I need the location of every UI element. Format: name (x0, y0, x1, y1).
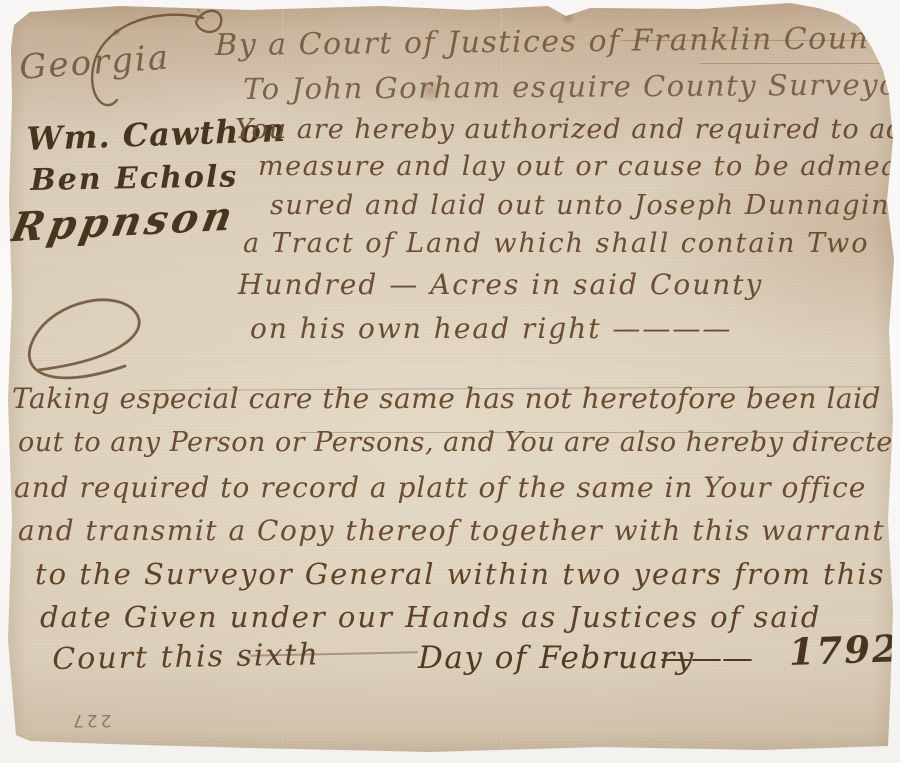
caveat-line: and required to record a platt of the sa… (14, 471, 866, 504)
warrant-line: measure and lay out or cause to be admea… (258, 151, 900, 182)
warrant-line: on his own head right ———— (250, 312, 732, 345)
fox-spot (112, 28, 121, 36)
warrant-line: a Tract of Land which shall contain Two (243, 228, 870, 259)
paragraph-oval-flourish (29, 300, 139, 378)
closing-dash: ——— (660, 640, 753, 676)
stain (560, 12, 576, 24)
caveat-line: Taking especial care the same has not he… (12, 382, 881, 415)
horizontal-fold-crease (10, 358, 890, 361)
warrant-line: Hundred — Acres in said County (238, 268, 763, 301)
state-label: Georgia (18, 37, 171, 87)
manuscript-paper: Georgia Wm. Cawthon Ben Echols Rppnson B… (0, 0, 900, 763)
horizontal-fold-crease (10, 692, 890, 695)
scanned-document-page: { "document": { "kind": "handwritten lan… (0, 0, 900, 763)
warrant-line: sured and laid out unto Joseph Dunnagin (270, 190, 890, 221)
warrant-line: You are hereby authorized and required t… (235, 114, 900, 145)
closing-court-phrase: Court this sixth (52, 637, 320, 677)
fox-spot (196, 8, 201, 13)
header-line-addressee: To John Gorham esquire County Surveyor (243, 67, 900, 106)
pencil-guide-line (700, 63, 880, 64)
caveat-line: and transmit a Copy thereof together wit… (18, 514, 885, 547)
header-line-court: By a Court of Justices of Franklin Count… (215, 21, 900, 63)
caveat-line: to the Surveyor General within two years… (35, 557, 886, 591)
justice-signature-echols: Ben Echols (30, 159, 239, 198)
archive-page-number: 227 (70, 710, 111, 730)
caveat-line: out to any Person or Persons, and You ar… (18, 427, 900, 458)
closing-date-phrase: Day of February (418, 640, 695, 676)
justice-signature-third: Rppnson (7, 192, 240, 251)
closing-year: 1792 (788, 626, 900, 674)
caveat-line: date Given under our Hands as Justices o… (40, 600, 822, 634)
